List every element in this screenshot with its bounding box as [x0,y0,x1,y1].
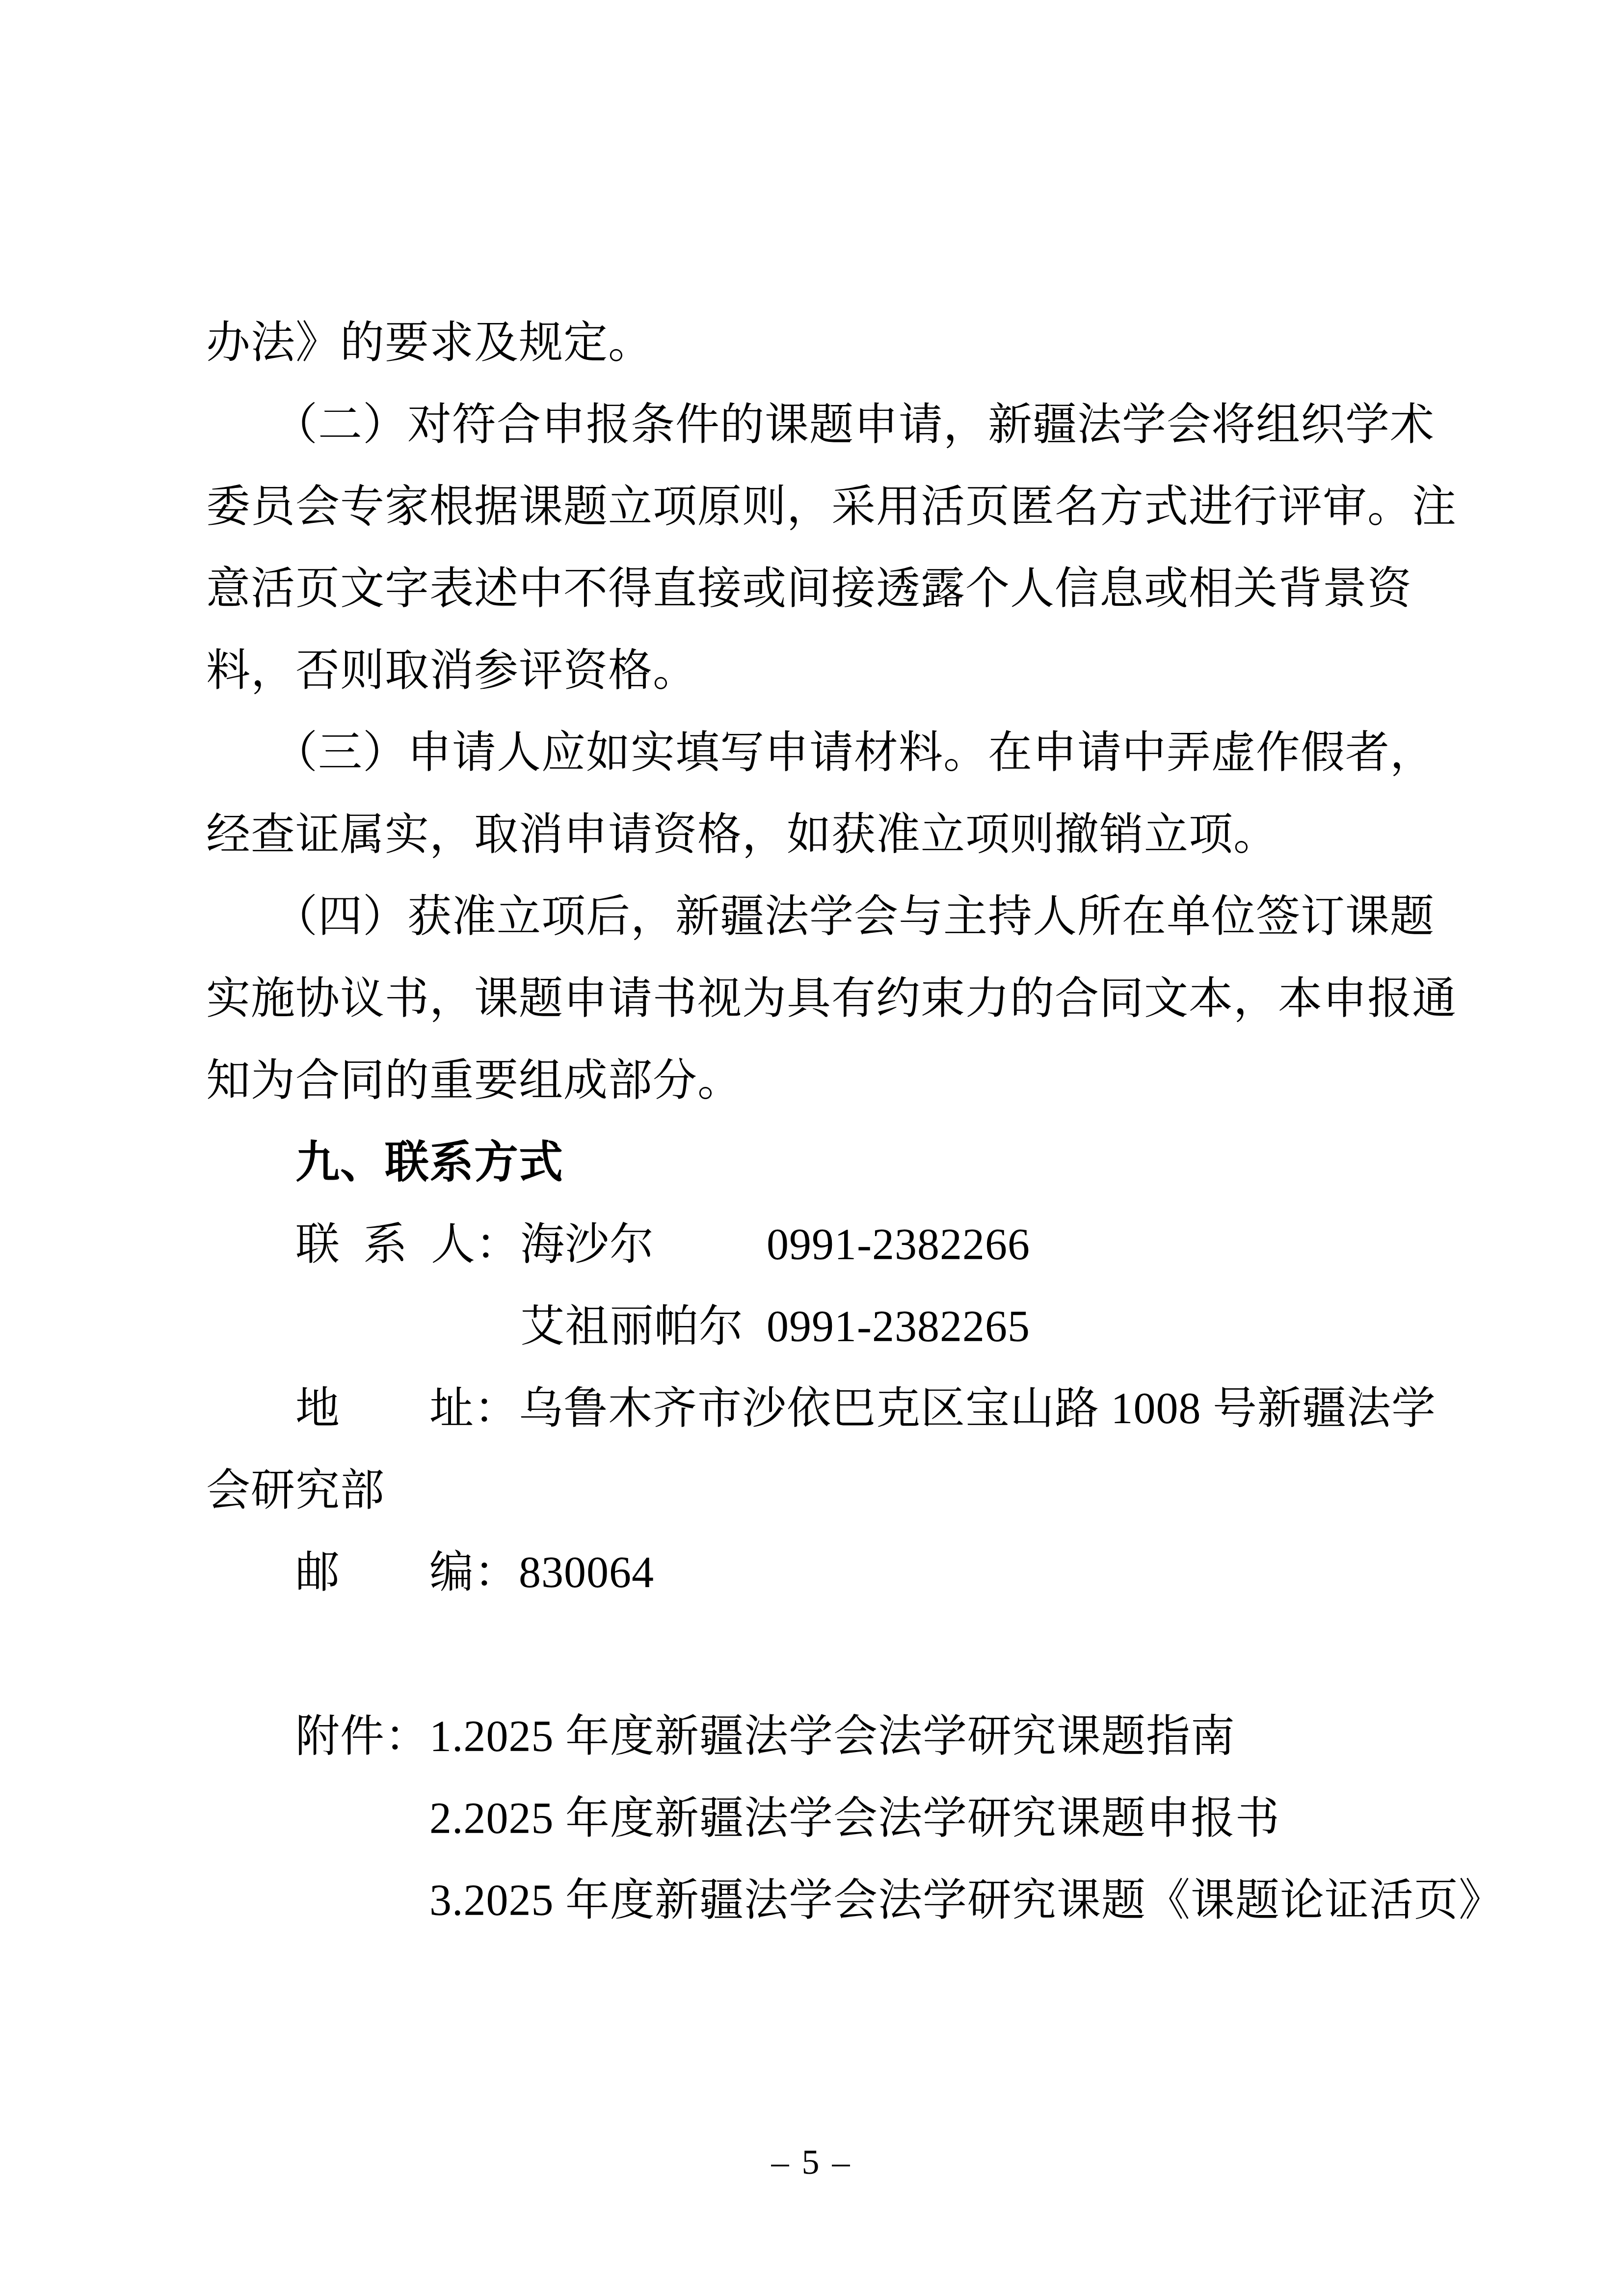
paragraph-item-4-line-1: （四）获准立项后，新疆法学会与主持人所在单位签订课题 [206,876,1433,958]
section-heading-contact: 九、联系方式 [206,1122,1433,1204]
paragraph-item-2-line-4: 料，否则取消参评资格。 [206,630,1433,712]
paragraph-item-4-line-2: 实施协议书，课题申请书视为具有约束力的合同文本，本申报通 [206,958,1433,1040]
attachment-line-3: 3.2025 年度新疆法学会法学研究课题《课题论证活页》 [206,1860,1433,1942]
contact-address-line-2: 会研究部 [206,1450,1433,1532]
paragraph-continuation-line: 办法》的要求及规定。 [206,302,1433,384]
contact-address-line-1: 地 址：乌鲁木齐市沙依巴克区宝山路 1008 号新疆法学 [206,1368,1433,1450]
attachment-line-1: 附件：1.2025 年度新疆法学会法学研究课题指南 [206,1696,1433,1778]
blank-line [206,1614,1433,1696]
paragraph-item-2-line-2: 委员会专家根据课题立项原则，采用活页匿名方式进行评审。注 [206,466,1433,548]
paragraph-item-2-line-1: （二）对符合申报条件的课题申请，新疆法学会将组织学术 [206,384,1433,466]
document-body: 办法》的要求及规定。 （二）对符合申报条件的课题申请，新疆法学会将组织学术 委员… [206,302,1433,1942]
paragraph-item-4-line-3: 知为合同的重要组成部分。 [206,1040,1433,1122]
page-number: – 5 – [0,2144,1623,2180]
paragraph-item-2-line-3: 意活页文字表述中不得直接或间接透露个人信息或相关背景资 [206,548,1433,630]
paragraph-item-3-line-2: 经查证属实，取消申请资格，如获准立项则撤销立项。 [206,794,1433,876]
paragraph-item-3-line-1: （三）申请人应如实填写申请材料。在申请中弄虚作假者， [206,712,1433,794]
contact-postcode-line: 邮 编：830064 [206,1532,1433,1614]
attachment-line-2: 2.2025 年度新疆法学会法学研究课题申报书 [206,1778,1433,1860]
contact-person-line-1: 联 系 人：海沙尔 0991-2382266 [206,1204,1433,1286]
contact-person-line-2: 艾祖丽帕尔 0991-2382265 [206,1286,1433,1368]
document-page: 办法》的要求及规定。 （二）对符合申报条件的课题申请，新疆法学会将组织学术 委员… [0,0,1623,2296]
